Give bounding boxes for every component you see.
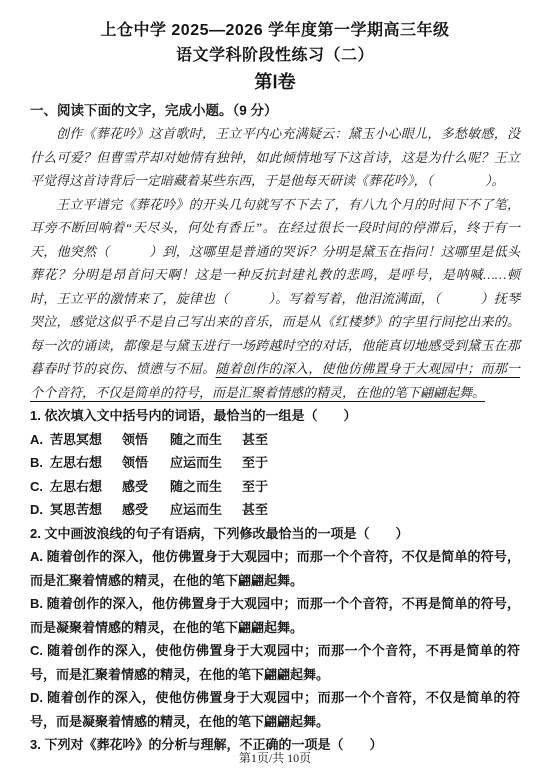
- option-letter: C.: [30, 475, 50, 499]
- exam-title-line2: 语文学科阶段性练习（二）: [30, 43, 520, 68]
- option-word: 随之而生: [170, 428, 242, 452]
- question-2: 2. 文中画波浪线的句子有语病，下列修改最恰当的一项是（ ） A. 随着创作的深…: [30, 522, 520, 734]
- question-2-option-d: D. 随着创作的深入，使他仿佛置身于大观园中；而那一个个音符，不仅是简单的符号，…: [30, 686, 520, 733]
- question-2-stem: 2. 文中画波浪线的句子有语病，下列修改最恰当的一项是（ ）: [30, 522, 520, 546]
- page-number-indicator: 第1页/共 10页: [0, 749, 550, 766]
- question-1-option-d: D. 冥思苦想 感受 应运而生 甚至: [30, 498, 520, 522]
- option-word: 甚至: [242, 498, 268, 522]
- option-word: 冥思苦想: [50, 498, 122, 522]
- option-letter: B.: [30, 451, 50, 475]
- option-word: 领悟: [122, 451, 170, 475]
- option-word: 应运而生: [170, 498, 242, 522]
- volume-heading: 第Ⅰ卷: [30, 69, 520, 96]
- option-word: 应运而生: [170, 451, 242, 475]
- question-2-option-b: B. 随着创作的深入，他仿佛置身于大观园中；而那一个个音符，不再是简单的符号，而…: [30, 592, 520, 639]
- option-text: 随着创作的深入，他仿佛置身于大观园中；而那一个个音符，不仅是简单的符号，而是汇聚…: [30, 549, 520, 588]
- option-letter: A.: [30, 428, 50, 452]
- option-word: 感受: [122, 475, 170, 499]
- option-word: 左思右想: [50, 475, 122, 499]
- option-text: 随着创作的深入，他仿佛置身于大观园中；而那一个个音符，不再是简单的符号，而是凝聚…: [30, 596, 520, 635]
- option-text: 随着创作的深入，使他仿佛置身于大观园中；而那一个个音符，不仅是简单的符号，而是凝…: [30, 690, 520, 729]
- option-word: 领悟: [122, 428, 170, 452]
- exam-title-line1: 上仓中学 2025—2026 学年度第一学期高三年级: [30, 18, 520, 43]
- section-one-heading: 一、阅读下面的文字，完成小题。（9 分）: [30, 99, 520, 122]
- option-text: 随着创作的深入，使他仿佛置身于大观园中；而那一个个音符，不再是简单的符号，而是汇…: [30, 643, 520, 682]
- exam-paper-page: 上仓中学 2025—2026 学年度第一学期高三年级 语文学科阶段性练习（二） …: [0, 0, 550, 775]
- option-letter: D.: [30, 690, 43, 705]
- option-letter: C.: [30, 643, 43, 658]
- question-1-option-b: B. 左思右想 领悟 应运而生 至于: [30, 451, 520, 475]
- option-letter: D.: [30, 498, 50, 522]
- passage-paragraph-2-text: 王立平谱完《葬花吟》的开头几句就写不下去了，有八九个月的时间下不了笔，耳旁不断回…: [30, 197, 520, 377]
- option-word: 随之而生: [170, 475, 242, 499]
- question-1-stem: 1. 依次填入文中括号内的词语，最恰当的一组是（ ）: [30, 404, 520, 428]
- option-word: 左思右想: [50, 451, 122, 475]
- passage-paragraph-2: 王立平谱完《葬花吟》的开头几句就写不下去了，有八九个月的时间下不了笔，耳旁不断回…: [30, 193, 520, 405]
- question-1-option-c: C. 左思右想 感受 随之而生 至于: [30, 475, 520, 499]
- option-word: 甚至: [242, 428, 268, 452]
- passage-paragraph-1: 创作《葬花吟》这首歌时，王立平内心充满疑云：黛玉小心眼儿，多愁敏感，没什么可爱？…: [30, 122, 520, 193]
- option-word: 至于: [242, 451, 268, 475]
- question-1-option-a: A. 苦思冥想 领悟 随之而生 甚至: [30, 428, 520, 452]
- option-letter: A.: [30, 549, 43, 564]
- option-letter: B.: [30, 596, 43, 611]
- option-word: 感受: [122, 498, 170, 522]
- option-word: 至于: [242, 475, 268, 499]
- question-2-option-c: C. 随着创作的深入，使他仿佛置身于大观园中；而那一个个音符，不再是简单的符号，…: [30, 639, 520, 686]
- option-word: 苦思冥想: [50, 428, 122, 452]
- question-1: 1. 依次填入文中括号内的词语，最恰当的一组是（ ） A. 苦思冥想 领悟 随之…: [30, 404, 520, 522]
- question-2-option-a: A. 随着创作的深入，他仿佛置身于大观园中；而那一个个音符，不仅是简单的符号，而…: [30, 545, 520, 592]
